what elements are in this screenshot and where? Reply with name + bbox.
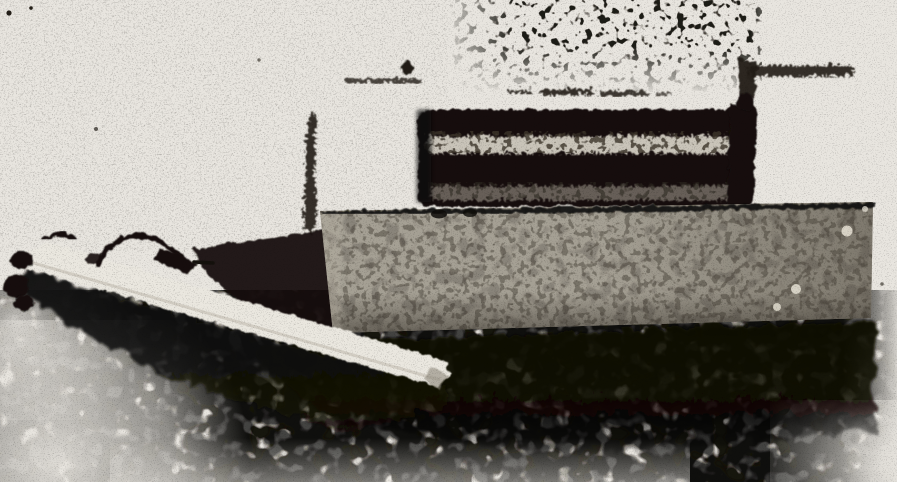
halftone-photo: Halftone photograph of printing tools on… (0, 0, 897, 482)
photo-canvas: Halftone photograph of printing tools on… (0, 0, 897, 482)
photo-grain (0, 0, 897, 482)
